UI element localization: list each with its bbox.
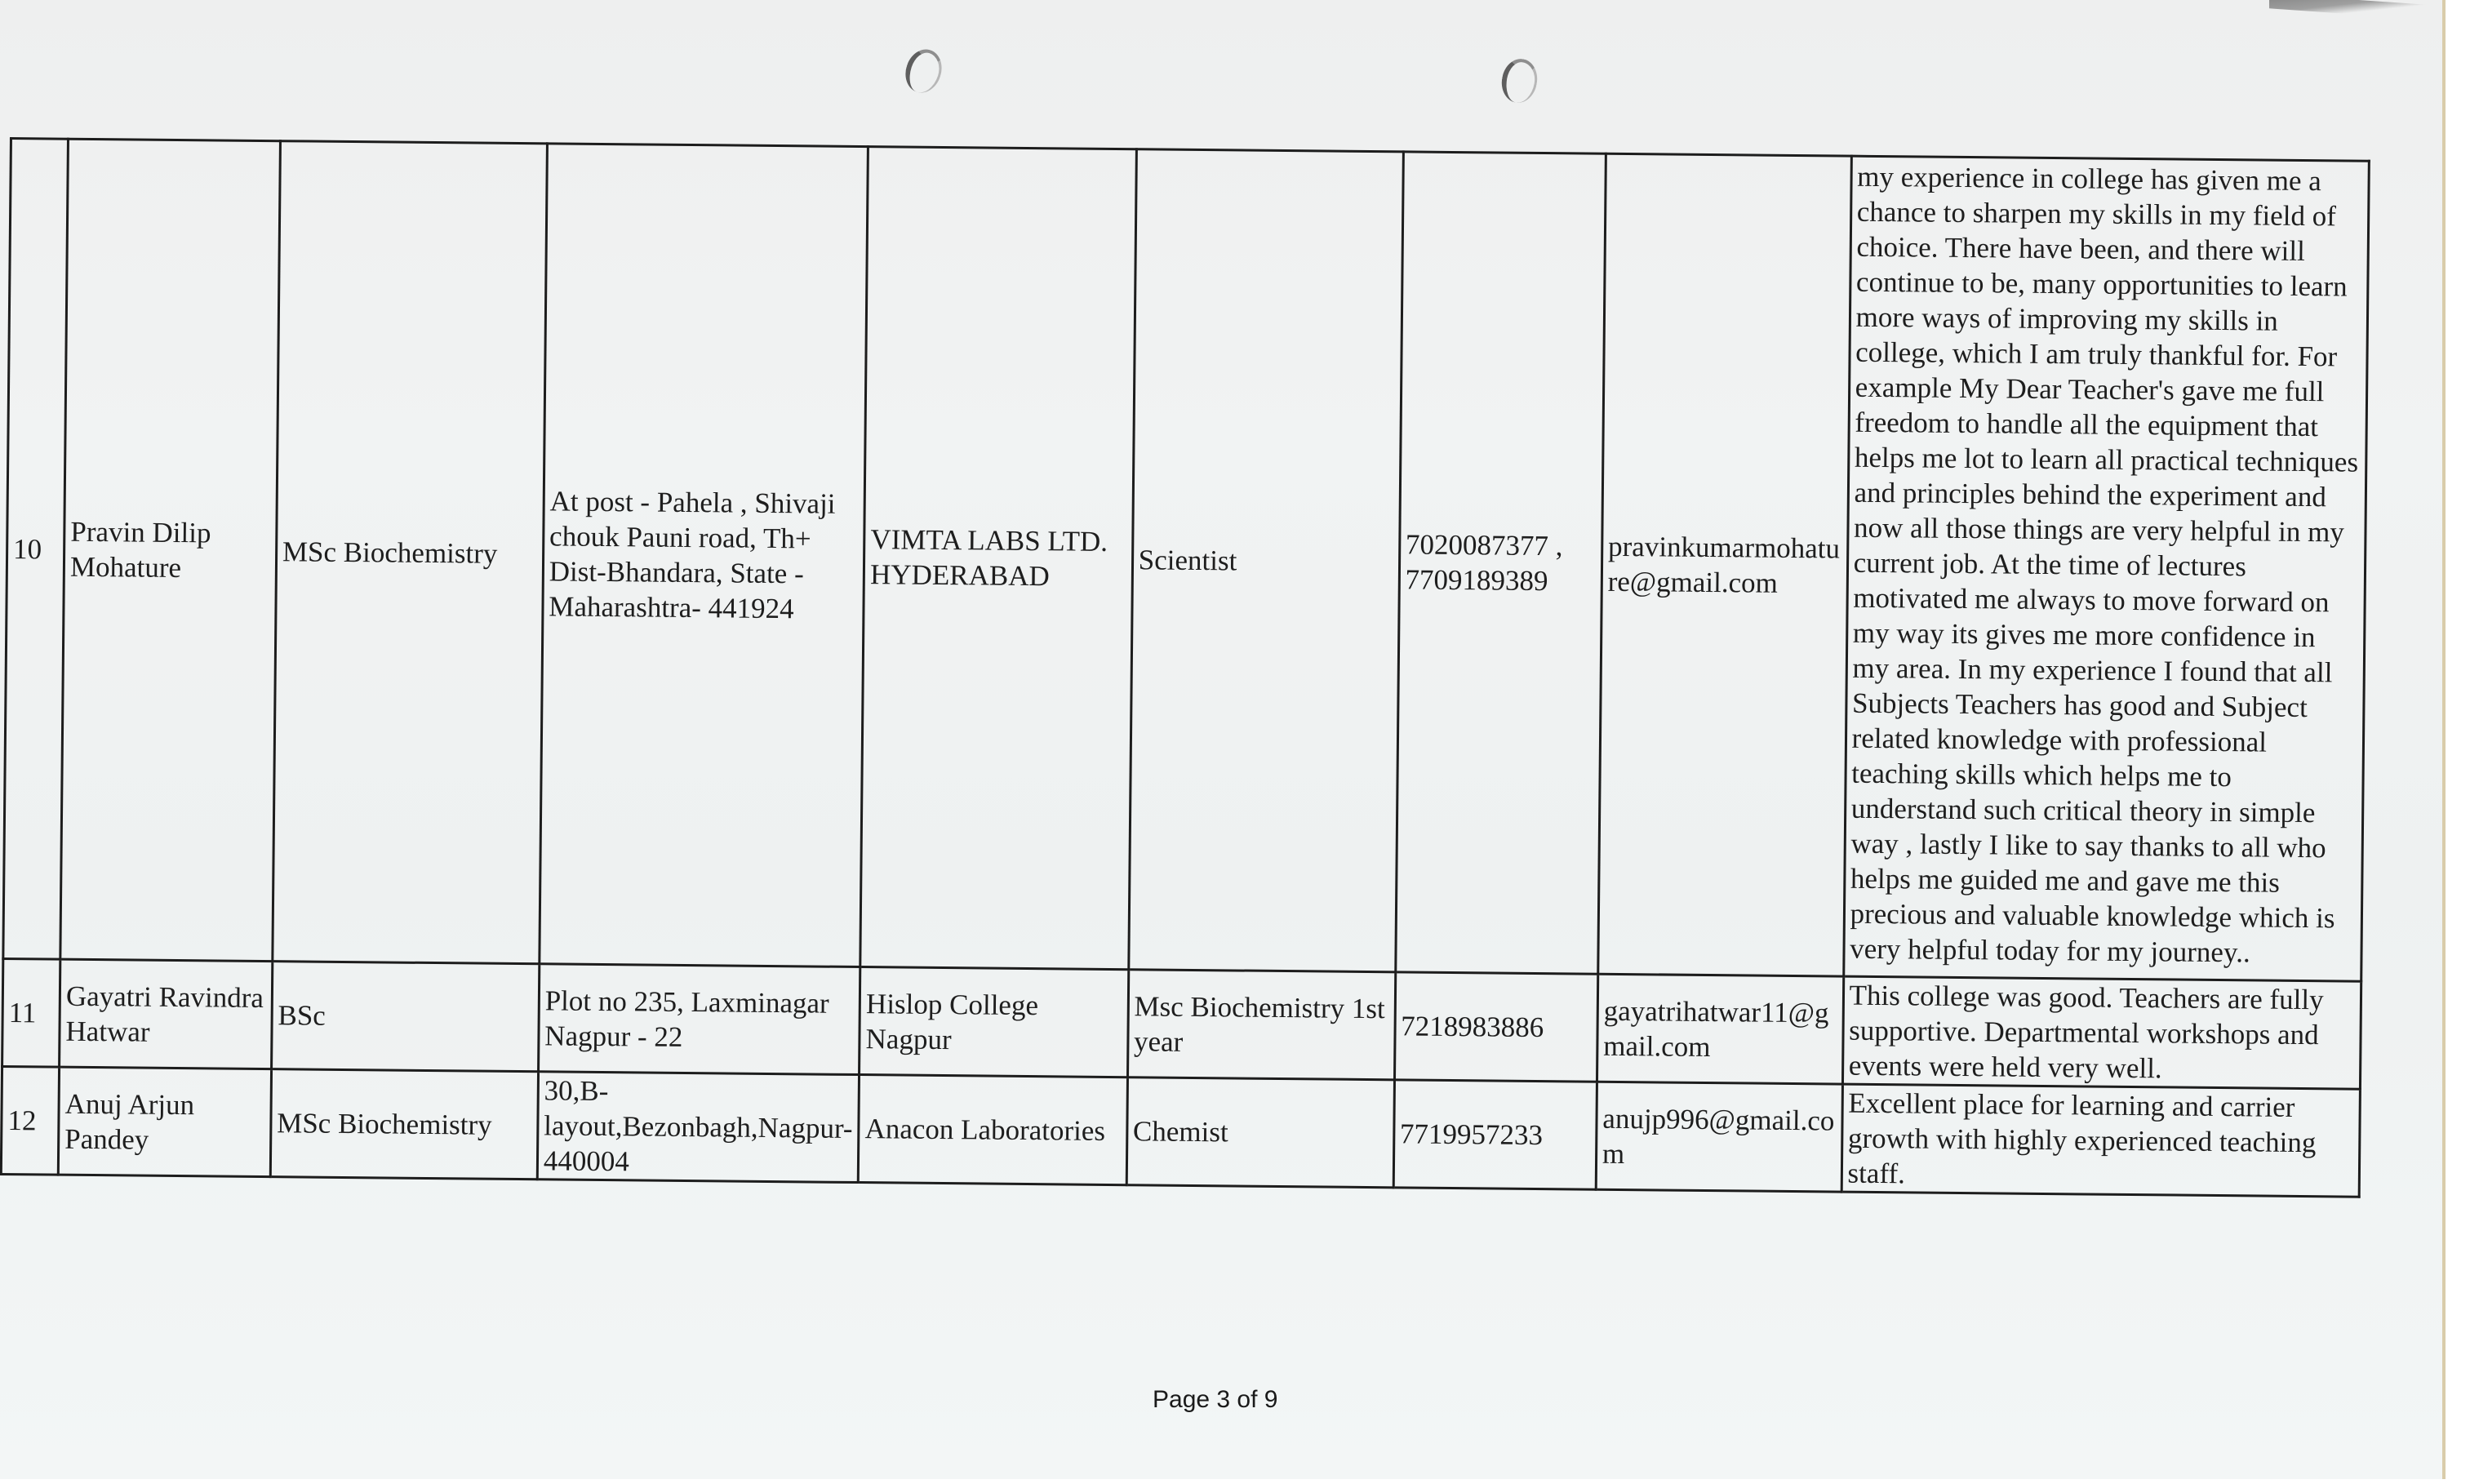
feedback-cell: Excellent place for learning and carrier… — [1841, 1084, 2361, 1197]
email-cell: anujp996@gmail.com — [1596, 1082, 1842, 1192]
address-cell: Plot no 235, Laxminagar Nagpur - 22 — [538, 964, 860, 1075]
alumni-table: 10 Pravin Dilip Mohature MSc Biochemistr… — [0, 137, 2370, 1198]
scanned-page: 10 Pravin Dilip Mohature MSc Biochemistr… — [0, 0, 2446, 1479]
table-row: 12 Anuj Arjun Pandey MSc Biochemistry 30… — [1, 1066, 2360, 1197]
feedback-cell: my experience in college has given me a … — [1843, 156, 2369, 981]
punch-hole-icon — [1499, 56, 1541, 106]
qualification-cell: BSc — [271, 962, 539, 1072]
organization-cell: VIMTA LABS LTD. HYDERABAD — [860, 147, 1136, 970]
address-cell: At post - Pahela , Shivaji chouk Pauni r… — [540, 144, 868, 967]
designation-cell: Msc Biochemistry 1st year — [1127, 970, 1395, 1080]
name-cell: Anuj Arjun Pandey — [58, 1067, 271, 1176]
serial-number-cell: 12 — [1, 1066, 59, 1175]
designation-cell: Scientist — [1128, 149, 1403, 972]
serial-number-cell: 11 — [2, 958, 60, 1067]
email-cell: gayatrihatwar11@gmail.com — [1597, 974, 1843, 1084]
name-cell: Pravin Dilip Mohature — [60, 139, 280, 961]
designation-cell: Chemist — [1126, 1077, 1394, 1188]
punch-hole-icon — [900, 45, 948, 98]
organization-cell: Hislop College Nagpur — [860, 967, 1129, 1077]
phone-cell: 7020087377 , 7709189389 — [1395, 152, 1606, 974]
page-curl-edge — [2269, 0, 2446, 21]
email-cell: pravinkumarmohature@gmail.com — [1598, 153, 1851, 976]
qualification-cell: MSc Biochemistry — [270, 1069, 538, 1180]
page-number: Page 3 of 9 — [1153, 1386, 1277, 1414]
name-cell: Gayatri Ravindra Hatwar — [60, 959, 273, 1069]
table-row: 10 Pravin Dilip Mohature MSc Biochemistr… — [3, 139, 2370, 982]
qualification-cell: MSc Biochemistry — [273, 141, 548, 964]
serial-number-cell: 10 — [3, 139, 69, 960]
phone-cell: 7218983886 — [1394, 972, 1597, 1082]
organization-cell: Anacon Laboratories — [858, 1075, 1127, 1185]
phone-cell: 7719957233 — [1393, 1080, 1597, 1189]
feedback-cell: This college was good. Teachers are full… — [1842, 976, 2361, 1089]
address-cell: 30,B-layout,Bezonbagh,Nagpur-440004 — [537, 1072, 860, 1183]
